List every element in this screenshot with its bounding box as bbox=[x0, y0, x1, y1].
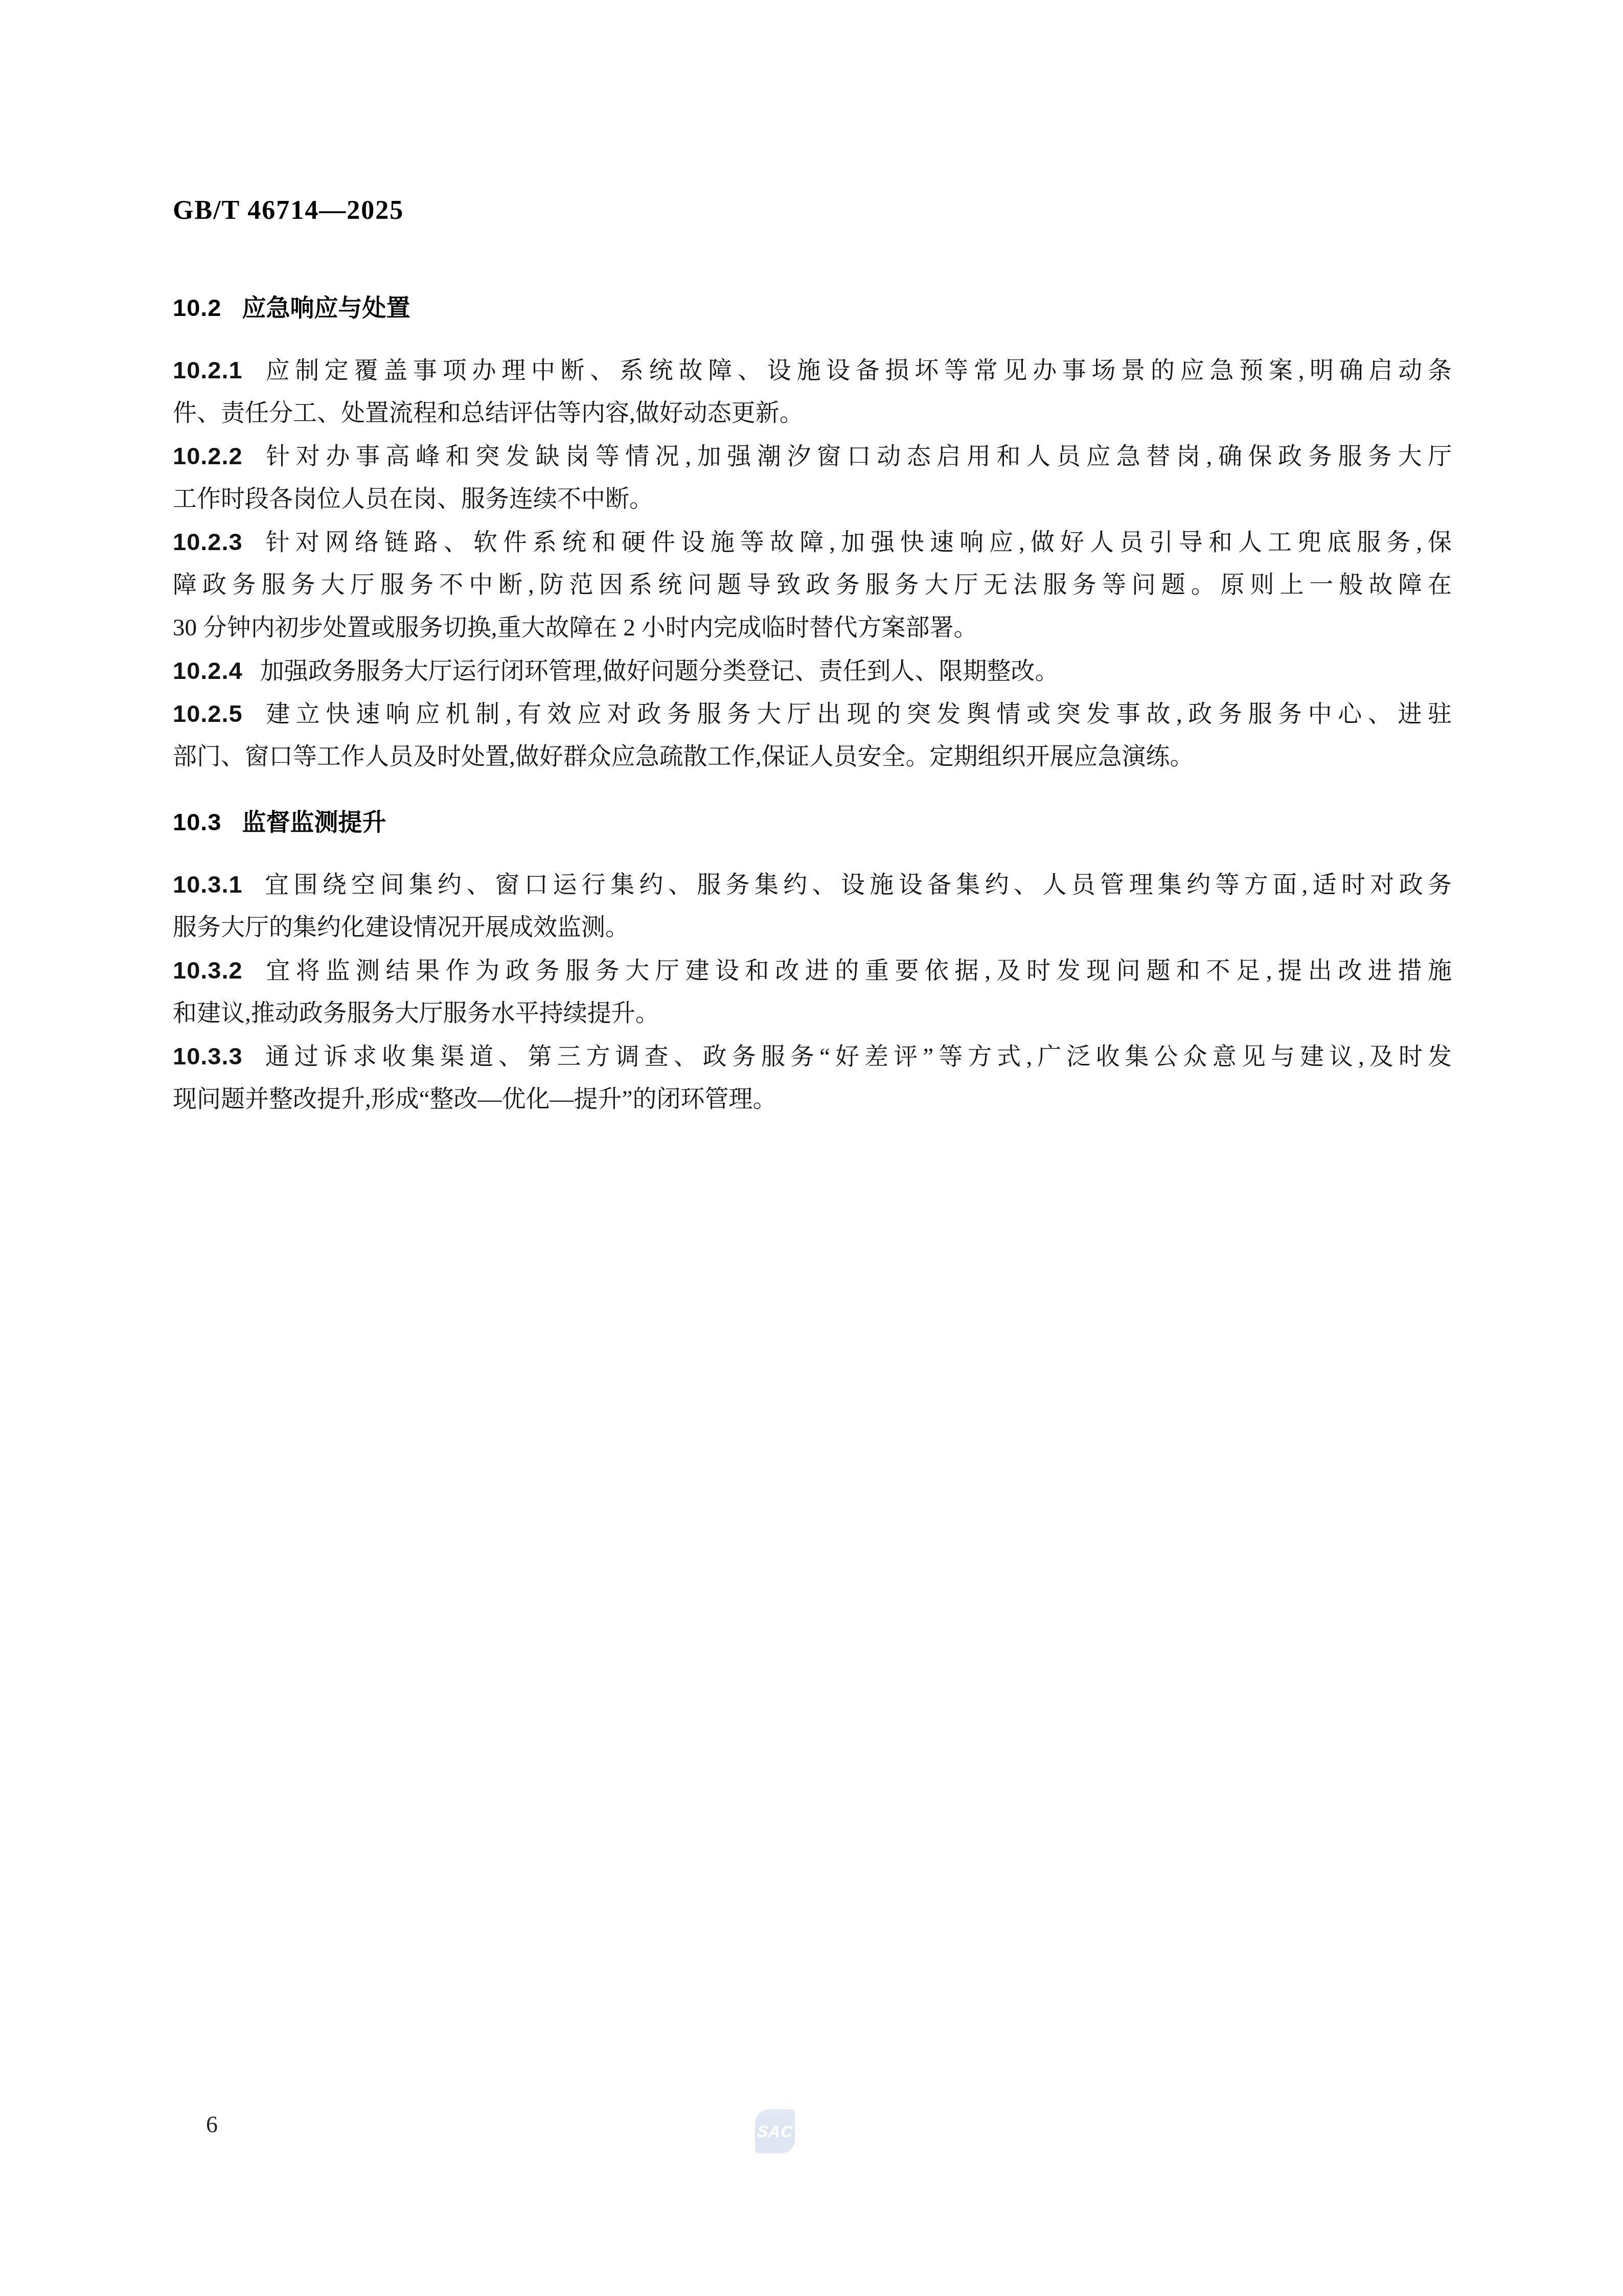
clause-number: 10.3.3 bbox=[173, 1042, 260, 1070]
standard-number-header: GB/T 46714—2025 bbox=[173, 195, 404, 225]
clause-line: 10.3.2宜将监测结果作为政务服务大厅建设和改进的重要依据,及时发现问题和不足… bbox=[173, 949, 1452, 992]
section-number: 10.3 bbox=[173, 801, 221, 844]
clause-number: 10.2.5 bbox=[173, 700, 260, 727]
page-number: 6 bbox=[206, 2110, 218, 2139]
clause-number: 10.2.3 bbox=[173, 528, 260, 555]
clause-line: 10.3.1宜围绕空间集约、窗口运行集约、服务集约、设施设备集约、人员管理集约等… bbox=[173, 863, 1452, 906]
clause-10.3.2: 10.3.2宜将监测结果作为政务服务大厅建设和改进的重要依据,及时发现问题和不足… bbox=[173, 949, 1452, 1035]
clause-number: 10.2.2 bbox=[173, 442, 260, 469]
clause-line: 部门、窗口等工作人员及时处置,做好群众应急疏散工作,保证人员安全。定期组织开展应… bbox=[173, 735, 1452, 778]
clause-number: 10.3.1 bbox=[173, 871, 260, 898]
section-heading-10.2: 10.2应急响应与处置 bbox=[173, 286, 1452, 329]
document-body: 10.2应急响应与处置10.2.1应制定覆盖事项办理中断、系统故障、设施设备损坏… bbox=[173, 286, 1452, 1121]
clause-line: 10.2.3针对网络链路、软件系统和硬件设施等故障,加强快速响应,做好人员引导和… bbox=[173, 520, 1452, 563]
clause-line: 工作时段各岗位人员在岗、服务连续不中断。 bbox=[173, 478, 1452, 520]
clause-line: 10.3.3通过诉求收集渠道、第三方调查、政务服务“好差评”等方式,广泛收集公众… bbox=[173, 1035, 1452, 1078]
clause-line: 服务大厅的集约化建设情况开展成效监测。 bbox=[173, 906, 1452, 949]
clause-line: 10.2.4加强政务服务大厅运行闭环管理,做好问题分类登记、责任到人、限期整改。 bbox=[173, 649, 1452, 692]
clause-10.2.4: 10.2.4加强政务服务大厅运行闭环管理,做好问题分类登记、责任到人、限期整改。 bbox=[173, 649, 1452, 692]
clause-10.3.3: 10.3.3通过诉求收集渠道、第三方调查、政务服务“好差评”等方式,广泛收集公众… bbox=[173, 1035, 1452, 1121]
clause-line: 10.2.1应制定覆盖事项办理中断、系统故障、设施设备损坏等常见办事场景的应急预… bbox=[173, 349, 1452, 392]
clause-line: 30 分钟内初步处置或服务切换,重大故障在 2 小时内完成临时替代方案部署。 bbox=[173, 606, 1452, 649]
clause-line: 障政务服务大厅服务不中断,防范因系统问题导致政务服务大厅无法服务等问题。原则上一… bbox=[173, 563, 1452, 606]
clause-10.2.2: 10.2.2针对办事高峰和突发缺岗等情况,加强潮汐窗口动态启用和人员应急替岗,确… bbox=[173, 435, 1452, 520]
section-heading-10.3: 10.3监督监测提升 bbox=[173, 801, 1452, 844]
section-number: 10.2 bbox=[173, 286, 221, 329]
clause-number: 10.2.1 bbox=[173, 356, 260, 383]
clause-number: 10.3.2 bbox=[173, 957, 260, 984]
clause-line: 10.2.2针对办事高峰和突发缺岗等情况,加强潮汐窗口动态启用和人员应急替岗,确… bbox=[173, 435, 1452, 478]
clause-line: 和建议,推动政务服务大厅服务水平持续提升。 bbox=[173, 992, 1452, 1035]
clause-number: 10.2.4 bbox=[173, 657, 260, 684]
section-title: 监督监测提升 bbox=[242, 808, 386, 835]
document-page: GB/T 46714—2025 10.2应急响应与处置10.2.1应制定覆盖事项… bbox=[0, 0, 1623, 2296]
clause-line: 件、责任分工、处置流程和总结评估等内容,做好动态更新。 bbox=[173, 392, 1452, 435]
clause-10.2.1: 10.2.1应制定覆盖事项办理中断、系统故障、设施设备损坏等常见办事场景的应急预… bbox=[173, 349, 1452, 435]
sac-logo-text: SAC bbox=[756, 2122, 794, 2141]
clause-10.2.3: 10.2.3针对网络链路、软件系统和硬件设施等故障,加强快速响应,做好人员引导和… bbox=[173, 520, 1452, 649]
clause-10.3.1: 10.3.1宜围绕空间集约、窗口运行集约、服务集约、设施设备集约、人员管理集约等… bbox=[173, 863, 1452, 949]
clause-10.2.5: 10.2.5建立快速响应机制,有效应对政务服务大厅出现的突发舆情或突发事故,政务… bbox=[173, 692, 1452, 778]
section-title: 应急响应与处置 bbox=[242, 294, 410, 321]
sac-watermark-logo: SAC bbox=[755, 2109, 795, 2153]
clause-line: 10.2.5建立快速响应机制,有效应对政务服务大厅出现的突发舆情或突发事故,政务… bbox=[173, 692, 1452, 735]
clause-line: 现问题并整改提升,形成“整改—优化—提升”的闭环管理。 bbox=[173, 1078, 1452, 1121]
